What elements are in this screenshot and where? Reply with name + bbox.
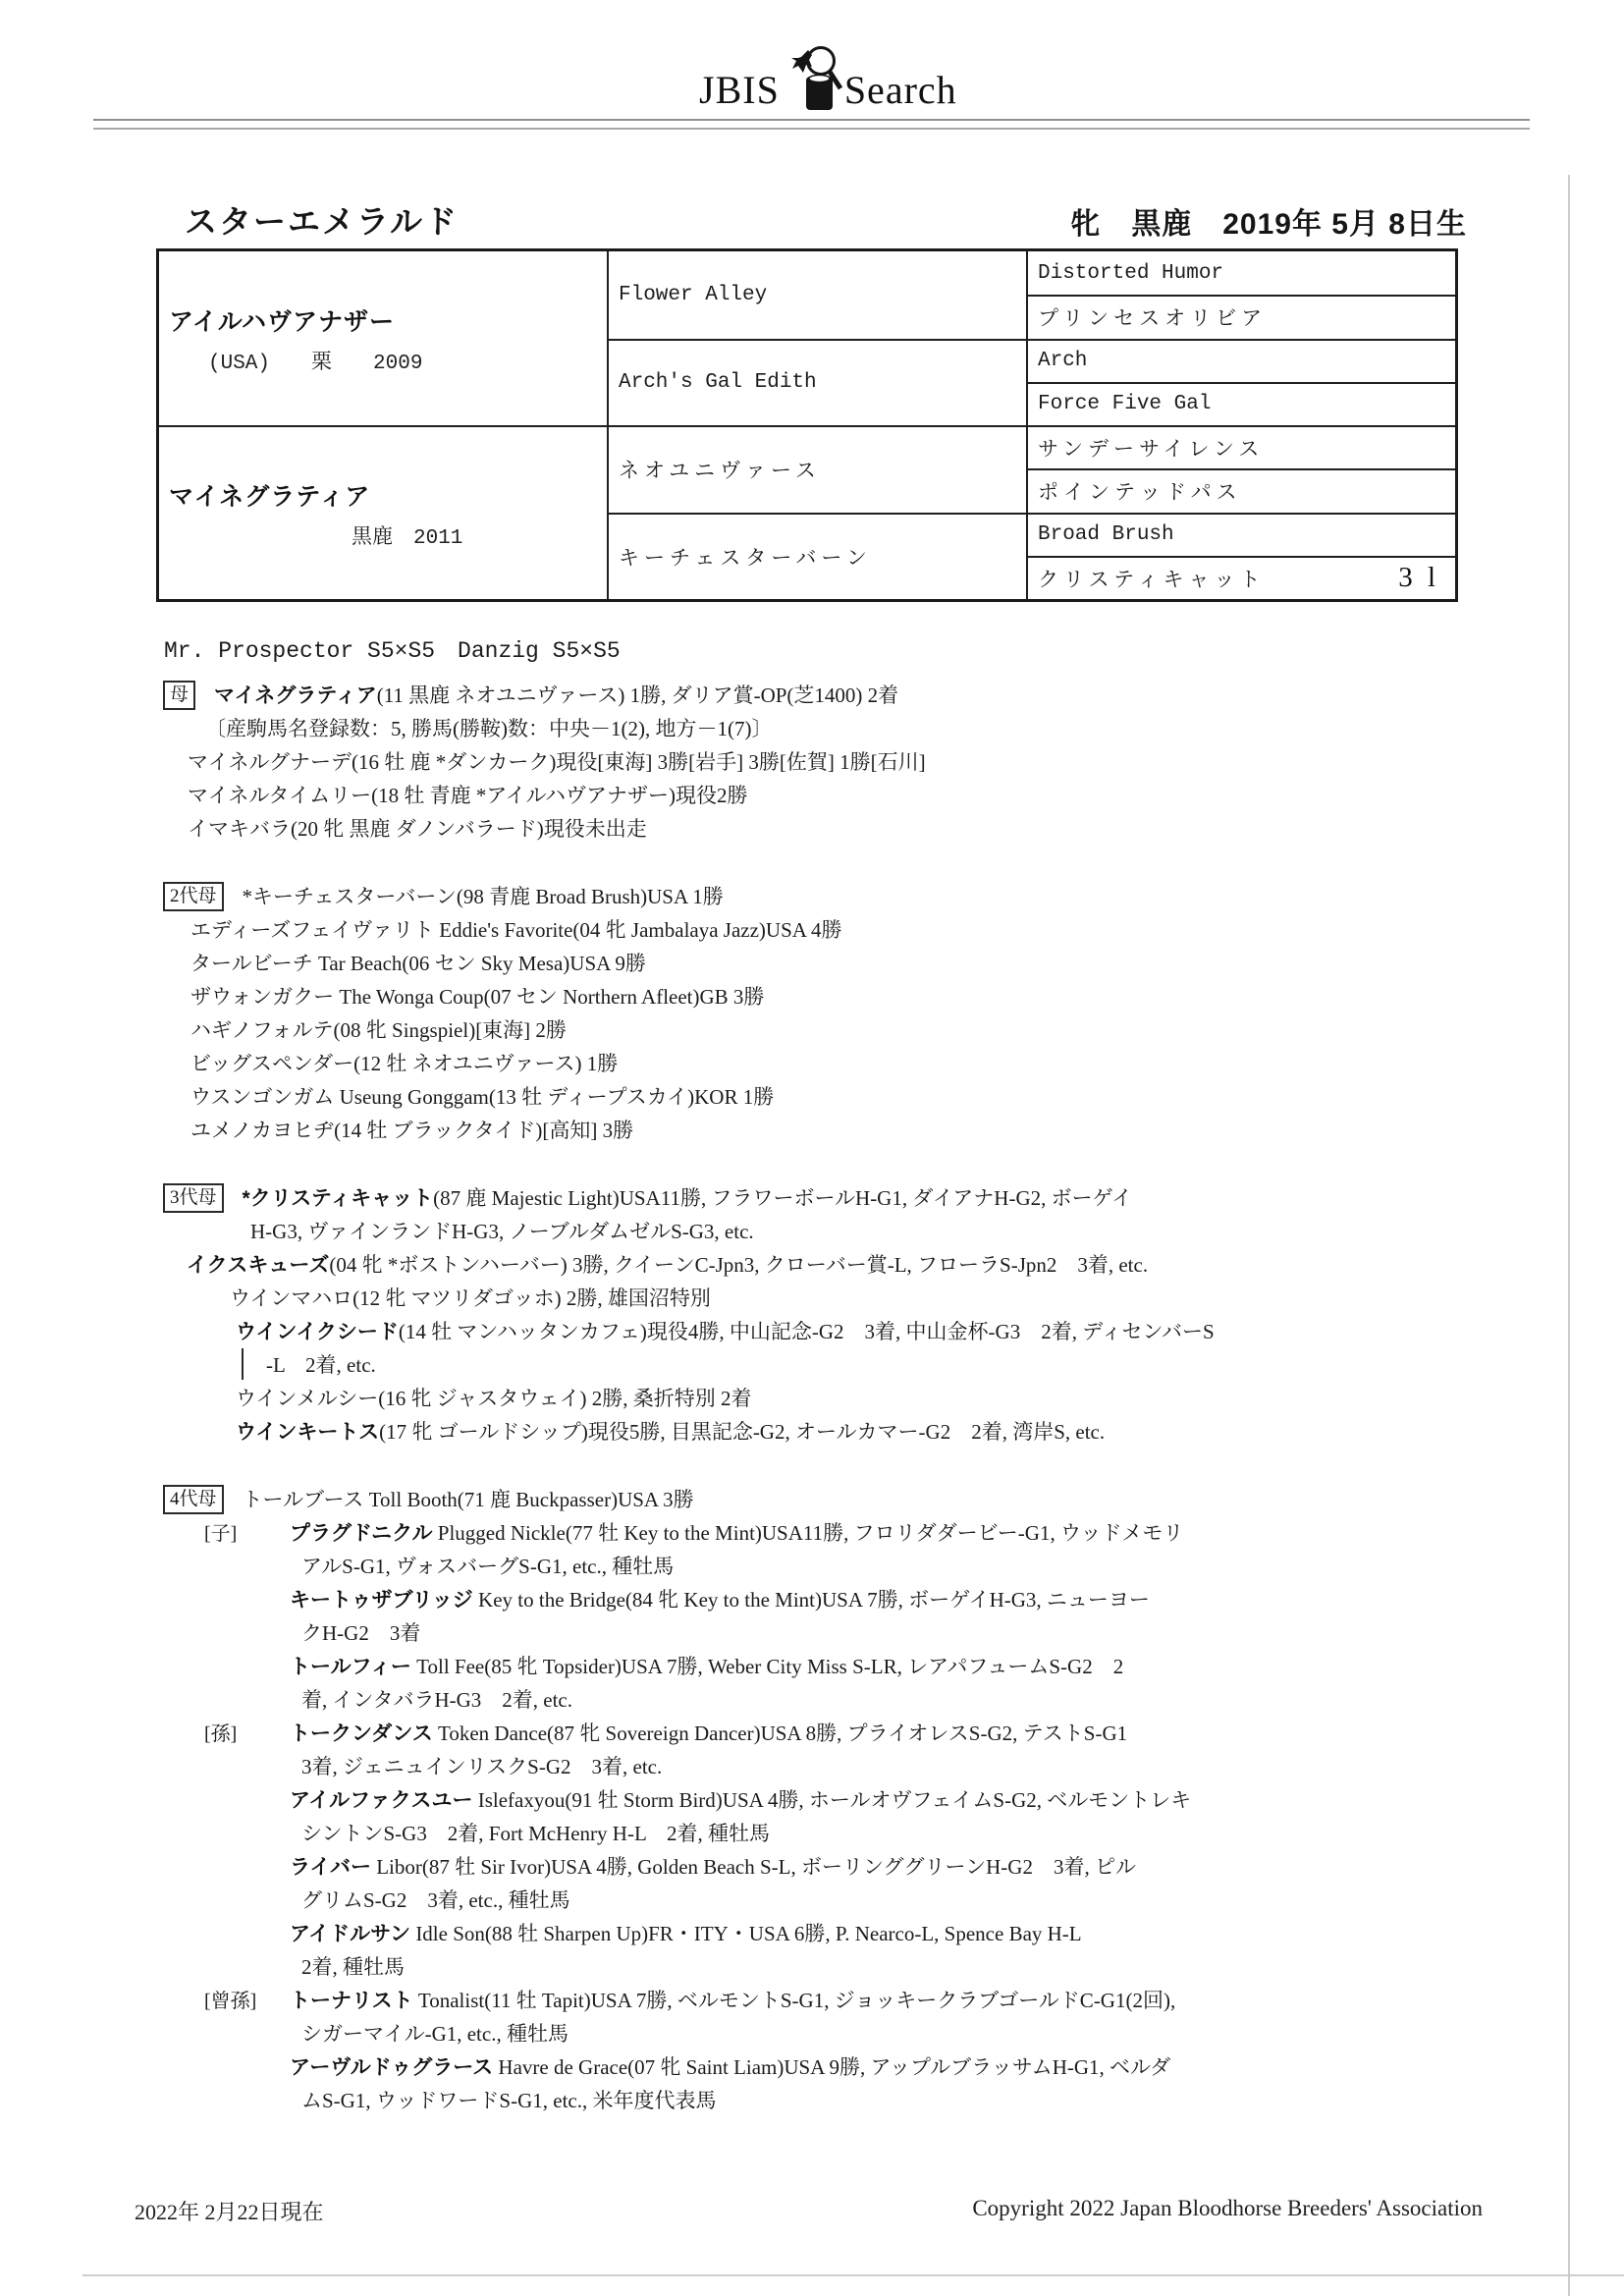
horse-name: アーヴルドゥグラース xyxy=(290,2056,493,2079)
horse-name: *クリスティキャット xyxy=(243,1187,434,1210)
line-text: グリムS-G2 3着, etc., 種牡馬 xyxy=(301,1888,570,1912)
family-line: ウインイクシード(14 牡 マンハッタンカフェ)現役4勝, 中山記念-G2 3着… xyxy=(0,1315,1624,1348)
line-text: ユメノカヨヒヂ(14 牡 ブラックタイド)[高知] 3勝 xyxy=(190,1119,633,1142)
horse-name: マイネグラティア xyxy=(214,684,377,707)
family-line: アイルファクスユー Islefaxyou(91 牡 Storm Bird)USA… xyxy=(0,1783,1624,1817)
line-text: -L 2着, etc. xyxy=(266,1353,376,1377)
family-number: 3 l xyxy=(1398,562,1445,594)
line-text: アルS-G1, ヴォスバーグS-G1, etc., 種牡馬 xyxy=(301,1555,674,1578)
ggp-cell: Arch xyxy=(1028,339,1455,382)
generation-label: 3代母 xyxy=(163,1183,224,1213)
family-line: ユメノカヨヒヂ(14 牡 ブラックタイド)[高知] 3勝 xyxy=(0,1114,1624,1147)
family-line: ライバー Libor(87 牡 Sir Ivor)USA 4勝, Golden … xyxy=(0,1850,1624,1884)
family-line: 2着, 種牡馬 xyxy=(0,1950,1624,1984)
family-section: 母マイネグラティア(11 黒鹿 ネオユニヴァース) 1勝, ダリア賞-OP(芝1… xyxy=(0,679,1624,846)
pedigree-grandparents-column: Flower Alley Arch's Gal Edith ネオユニヴァース キ… xyxy=(607,251,1026,599)
horse-name: トーナリスト xyxy=(290,1990,413,2012)
family-line: ウインメルシー(16 牝 ジャスタウェイ) 2勝, 桑折特別 2着 xyxy=(0,1382,1624,1415)
pedigree-document: JBIS Search スターエメラルド 牝 黒鹿 2019年 5月 8日生 ア… xyxy=(0,0,1624,2296)
dam-info: 黒鹿 2011 xyxy=(169,520,597,550)
horse-name: キートゥザブリッジ xyxy=(290,1589,473,1612)
line-text: タールビーチ Tar Beach(06 セン Sky Mesa)USA 9勝 xyxy=(190,952,646,975)
ggp-cell: Force Five Gal xyxy=(1028,382,1455,425)
line-text: 着, インタバラH-G3 2着, etc. xyxy=(301,1688,572,1712)
horse-name: ライバー xyxy=(290,1856,371,1879)
relation-label: [曾孫] xyxy=(204,1985,290,2018)
family-line: キートゥザブリッジ Key to the Bridge(84 牝 Key to … xyxy=(0,1583,1624,1616)
ggp-name: クリスティキャット xyxy=(1038,564,1265,593)
family-line: 2代母*キーチェスターバーン(98 青鹿 Broad Brush)USA 1勝 xyxy=(0,880,1624,913)
jbis-search-logo: JBIS Search xyxy=(699,41,957,112)
jbis-logo-icon xyxy=(782,43,842,114)
ggp-cell: ポインテッドパス xyxy=(1028,468,1455,512)
family-line: ムS-G1, ウッドワードS-G1, etc., 米年度代表馬 xyxy=(0,2084,1624,2117)
family-line: ハギノフォルテ(08 牝 Singspiel)[東海] 2勝 xyxy=(0,1013,1624,1047)
family-line: ザウォンガクー The Wonga Coup(07 セン Northern Af… xyxy=(0,980,1624,1013)
family-line: クH-G2 3着 xyxy=(0,1616,1624,1650)
family-line: 母マイネグラティア(11 黒鹿 ネオユニヴァース) 1勝, ダリア賞-OP(芝1… xyxy=(0,679,1624,712)
family-line: ウスンゴンガム Useung Gonggam(13 牡 ディープスカイ)KOR … xyxy=(0,1080,1624,1114)
family-line: 4代母トールブース Toll Booth(71 鹿 Buckpasser)USA… xyxy=(0,1483,1624,1516)
family-line: グリムS-G2 3着, etc., 種牡馬 xyxy=(0,1884,1624,1917)
magnifier-lens-icon xyxy=(807,48,834,75)
horse-name: ウインイクシード xyxy=(236,1321,399,1343)
family-line: 3着, ジェニュインリスクS-G2 3着, etc. xyxy=(0,1750,1624,1783)
family-line: タールビーチ Tar Beach(06 セン Sky Mesa)USA 9勝 xyxy=(0,947,1624,980)
dam-sire-cell: ネオユニヴァース xyxy=(609,425,1026,513)
line-text: Token Dance(87 牝 Sovereign Dancer)USA 8勝… xyxy=(433,1722,1127,1745)
family-line: アルS-G1, ヴォスバーグS-G1, etc., 種牡馬 xyxy=(0,1550,1624,1583)
family-line: シントンS-G3 2着, Fort McHenry H-L 2着, 種牡馬 xyxy=(0,1817,1624,1850)
line-text: ハギノフォルテ(08 牝 Singspiel)[東海] 2勝 xyxy=(190,1018,567,1042)
family-section: 3代母*クリスティキャット(87 鹿 Majestic Light)USA11勝… xyxy=(0,1181,1624,1449)
line-text: Key to the Bridge(84 牝 Key to the Mint)U… xyxy=(473,1588,1150,1612)
line-text: H-G3, ヴァインランドH-G3, ノーブルダムゼルS-G3, etc. xyxy=(250,1220,754,1243)
family-line: [子]プラグドニクル Plugged Nickle(77 牡 Key to th… xyxy=(0,1516,1624,1550)
line-text: (17 牝 ゴールドシップ)現役5勝, 目黒記念-G2, オールカマー-G2 2… xyxy=(379,1420,1105,1444)
relation-label: [孫] xyxy=(204,1718,290,1751)
family-line: ウインキートス(17 牝 ゴールドシップ)現役5勝, 目黒記念-G2, オールカ… xyxy=(0,1415,1624,1449)
family-line: ビッグスペンダー(12 牡 ネオユニヴァース) 1勝 xyxy=(0,1047,1624,1080)
line-text: Libor(87 牡 Sir Ivor)USA 4勝, Golden Beach… xyxy=(371,1855,1136,1879)
dam-dam-cell: キーチェスターバーン xyxy=(609,513,1026,600)
family-line: エディーズフェイヴァリト Eddie's Favorite(04 牝 Jamba… xyxy=(0,913,1624,947)
family-line: 着, インタバラH-G3 2着, etc. xyxy=(0,1683,1624,1717)
family-tree: 母マイネグラティア(11 黒鹿 ネオユニヴァース) 1勝, ダリア賞-OP(芝1… xyxy=(0,679,1624,2152)
pedigree-greatgrandparents-column: Distorted Humor プリンセスオリビア Arch Force Fiv… xyxy=(1026,251,1455,599)
as-of-date: 2022年 2月22日現在 xyxy=(135,2196,324,2226)
line-text: (14 牡 マンハッタンカフェ)現役4勝, 中山記念-G2 3着, 中山金杯-G… xyxy=(399,1320,1215,1343)
line-text: マイネルグナーデ(16 牡 鹿 *ダンカーク)現役[東海] 3勝[岩手] 3勝[… xyxy=(188,750,926,774)
dam-cell: マイネグラティア 黒鹿 2011 xyxy=(159,425,607,599)
ggp-cell: Distorted Humor xyxy=(1028,251,1455,295)
ggp-cell: プリンセスオリビア xyxy=(1028,295,1455,338)
line-text: イマキバラ(20 牝 黒鹿 ダノンバラード)現役未出走 xyxy=(188,817,647,841)
horse-name: トールフィー xyxy=(290,1656,411,1678)
line-text: 〔産駒馬名登録数：5, 勝馬(勝鞍)数：中央－1(2), 地方－1(7)〕 xyxy=(205,717,772,740)
scan-edge-bottom xyxy=(82,2274,1624,2276)
line-text: 3着, ジェニュインリスクS-G2 3着, etc. xyxy=(301,1755,662,1778)
pedigree-table: アイルハヴアナザー (USA) 栗 2009 マイネグラティア 黒鹿 2011 … xyxy=(156,248,1458,602)
family-line: 〔産駒馬名登録数：5, 勝馬(勝鞍)数：中央－1(2), 地方－1(7)〕 xyxy=(0,712,1624,745)
sire-info: (USA) 栗 2009 xyxy=(169,346,597,375)
line-text: Tonalist(11 牡 Tapit)USA 7勝, ベルモントS-G1, ジ… xyxy=(413,1989,1176,2012)
line-text: Islefaxyou(91 牡 Storm Bird)USA 4勝, ホールオヴ… xyxy=(472,1788,1191,1812)
line-text: マイネルタイムリー(18 牡 青鹿 *アイルハヴアナザー)現役2勝 xyxy=(188,784,747,807)
family-line: マイネルグナーデ(16 牡 鹿 *ダンカーク)現役[東海] 3勝[岩手] 3勝[… xyxy=(0,745,1624,779)
generation-label: 4代母 xyxy=(163,1485,224,1514)
horse-name: イクスキューズ xyxy=(187,1254,329,1277)
ggp-cell: Broad Brush xyxy=(1028,513,1455,556)
generation-label: 2代母 xyxy=(163,882,224,911)
line-text: エディーズフェイヴァリト Eddie's Favorite(04 牝 Jamba… xyxy=(190,918,842,942)
family-line: 3代母*クリスティキャット(87 鹿 Majestic Light)USA11勝… xyxy=(0,1181,1624,1215)
sire-name: アイルハヴアナザー xyxy=(169,302,597,338)
line-text: (04 牝 *ボストンハーバー) 3勝, クイーンC-Jpn3, クローバー賞-… xyxy=(329,1253,1148,1277)
family-line: [曾孫]トーナリスト Tonalist(11 牡 Tapit)USA 7勝, ベ… xyxy=(0,1984,1624,2017)
horse-title: スターエメラルド xyxy=(185,196,459,243)
line-text: Toll Fee(85 牝 Topsider)USA 7勝, Weber Cit… xyxy=(411,1655,1123,1678)
family-line: アーヴルドゥグラース Havre de Grace(07 牝 Saint Lia… xyxy=(0,2050,1624,2084)
line-text: シガーマイル-G1, etc., 種牡馬 xyxy=(301,2022,568,2046)
horse-name: プラグドニクル xyxy=(290,1522,433,1545)
family-line: -L 2着, etc. xyxy=(0,1348,1624,1382)
line-text: トールブース Toll Booth(71 鹿 Buckpasser)USA 3勝 xyxy=(243,1488,694,1511)
sire-cell: アイルハヴアナザー (USA) 栗 2009 xyxy=(159,251,607,425)
line-text: *キーチェスターバーン(98 青鹿 Broad Brush)USA 1勝 xyxy=(243,885,724,908)
line-text: Plugged Nickle(77 牡 Key to the Mint)USA1… xyxy=(433,1521,1184,1545)
generation-label: 母 xyxy=(163,681,195,710)
line-text: シントンS-G3 2着, Fort McHenry H-L 2着, 種牡馬 xyxy=(301,1822,770,1845)
line-text: ウインマハロ(12 牝 マツリダゴッホ) 2勝, 雄国沼特別 xyxy=(230,1286,711,1310)
line-text: ウインメルシー(16 牝 ジャスタウェイ) 2勝, 桑折特別 2着 xyxy=(236,1387,751,1410)
line-text: ザウォンガクー The Wonga Coup(07 セン Northern Af… xyxy=(190,985,764,1009)
line-text: Idle Son(88 牡 Sharpen Up)FR・ITY・USA 6勝, … xyxy=(410,1922,1082,1945)
horse-name: ウインキートス xyxy=(236,1421,379,1444)
pedigree-parents-column: アイルハヴアナザー (USA) 栗 2009 マイネグラティア 黒鹿 2011 xyxy=(159,251,607,599)
horse-name: アイルファクスユー xyxy=(290,1789,472,1812)
line-text: ムS-G1, ウッドワードS-G1, etc., 米年度代表馬 xyxy=(301,2089,716,2112)
dam-name: マイネグラティア xyxy=(169,477,597,513)
horse-name: アイドルサン xyxy=(290,1923,410,1945)
line-text: クH-G2 3着 xyxy=(301,1621,420,1645)
header-divider xyxy=(93,119,1530,130)
family-line: シガーマイル-G1, etc., 種牡馬 xyxy=(0,2017,1624,2050)
family-line: イクスキューズ(04 牝 *ボストンハーバー) 3勝, クイーンC-Jpn3, … xyxy=(0,1248,1624,1282)
family-line: マイネルタイムリー(18 牡 青鹿 *アイルハヴアナザー)現役2勝 xyxy=(0,779,1624,812)
sire-sire-cell: Flower Alley xyxy=(609,251,1026,339)
ggp-cell: サンデーサイレンス xyxy=(1028,425,1455,468)
ggp-cell-with-family-number: クリスティキャット 3 l xyxy=(1028,556,1455,599)
family-section: 2代母*キーチェスターバーン(98 青鹿 Broad Brush)USA 1勝エ… xyxy=(0,880,1624,1147)
logo-text-search: Search xyxy=(844,71,957,112)
family-line: ウインマハロ(12 牝 マツリダゴッホ) 2勝, 雄国沼特別 xyxy=(0,1282,1624,1315)
family-line: [孫]トークンダンス Token Dance(87 牝 Sovereign Da… xyxy=(0,1717,1624,1750)
family-section: 4代母トールブース Toll Booth(71 鹿 Buckpasser)USA… xyxy=(0,1483,1624,2117)
family-line: アイドルサン Idle Son(88 牡 Sharpen Up)FR・ITY・U… xyxy=(0,1917,1624,1950)
line-text: (11 黒鹿 ネオユニヴァース) 1勝, ダリア賞-OP(芝1400) 2着 xyxy=(377,683,898,707)
line-text: ウスンゴンガム Useung Gonggam(13 牡 ディープスカイ)KOR … xyxy=(190,1085,774,1109)
family-line: H-G3, ヴァインランドH-G3, ノーブルダムゼルS-G3, etc. xyxy=(0,1215,1624,1248)
scan-edge-right xyxy=(1568,175,1570,2296)
line-text: Havre de Grace(07 牝 Saint Liam)USA 9勝, ア… xyxy=(493,2055,1170,2079)
line-text: ビッグスペンダー(12 牡 ネオユニヴァース) 1勝 xyxy=(190,1052,618,1075)
line-text: (87 鹿 Majestic Light)USA11勝, フラワーボールH-G1… xyxy=(433,1186,1132,1210)
sire-dam-cell: Arch's Gal Edith xyxy=(609,339,1026,426)
family-line: イマキバラ(20 牝 黒鹿 ダノンバラード)現役未出走 xyxy=(0,812,1624,846)
family-line: トールフィー Toll Fee(85 牝 Topsider)USA 7勝, We… xyxy=(0,1650,1624,1683)
copyright-notice: Copyright 2022 Japan Bloodhorse Breeders… xyxy=(972,2196,1483,2221)
relation-label: [子] xyxy=(204,1517,290,1551)
horse-profile: 牝 黒鹿 2019年 5月 8日生 xyxy=(1070,199,1467,243)
tree-bar xyxy=(242,1348,244,1380)
logo-text-jbis: JBIS xyxy=(699,71,780,112)
inbreeding-line: Mr. Prospector S5×S5 Danzig S5×S5 xyxy=(164,631,621,664)
horse-name: トークンダンス xyxy=(290,1722,433,1745)
line-text: 2着, 種牡馬 xyxy=(301,1955,405,1979)
